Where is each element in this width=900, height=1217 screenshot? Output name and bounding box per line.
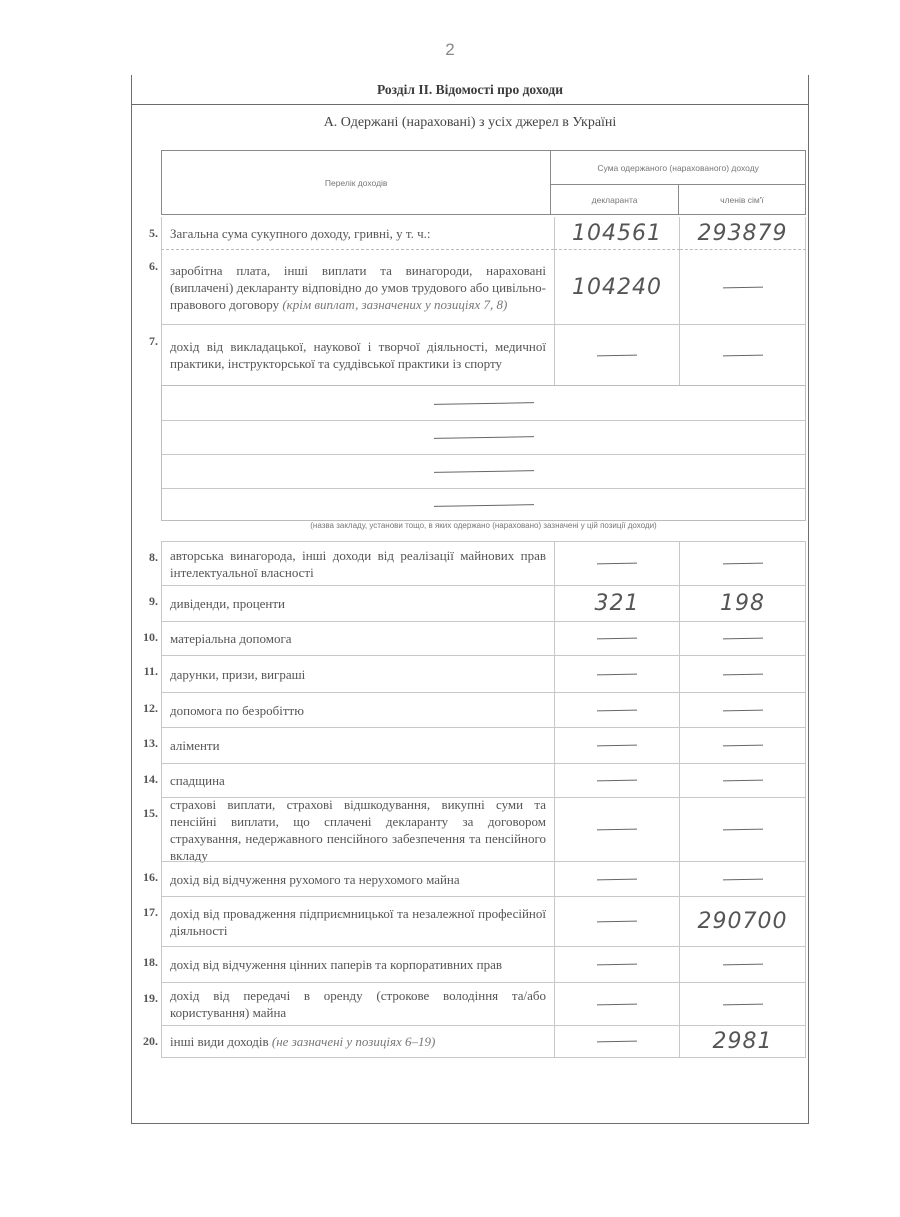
income-label: дохід від провадження підприємницької та… [170, 906, 546, 938]
table-row: 20.інші види доходів (не зазначені у поз… [133, 1025, 809, 1058]
empty-dash-mark [597, 673, 637, 675]
family-amount: 198 [680, 585, 806, 621]
page-number: 2 [0, 40, 900, 60]
handwritten-amount: 104240 [572, 275, 662, 300]
declarant-amount [554, 797, 680, 861]
income-description: дохід від відчуження цінних паперів та к… [161, 946, 554, 982]
row-number: 17. [133, 896, 161, 946]
empty-dash-mark [433, 504, 533, 507]
declarant-amount [554, 946, 680, 982]
institutions-caption: (назва закладу, установи тощо, в яких од… [161, 521, 806, 530]
empty-dash-mark [597, 1003, 637, 1005]
family-header: членів сім'ї [678, 185, 805, 215]
table-row: 18.дохід від відчуження цінних паперів т… [133, 946, 809, 982]
empty-dash-mark [722, 673, 762, 675]
row-number: 11. [133, 655, 161, 692]
row-number: 15. [133, 797, 161, 861]
income-note: (крім виплат, зазначених у позиціях 7, 8… [282, 297, 507, 312]
income-description: дарунки, призи, виграші [161, 655, 554, 692]
declarant-amount [554, 861, 680, 896]
declarant-header: декларанта [551, 185, 679, 215]
family-amount [680, 250, 806, 325]
family-amount [680, 797, 806, 861]
family-amount [680, 325, 806, 386]
declarant-amount [554, 325, 680, 386]
empty-dash-mark [597, 829, 637, 831]
empty-dash-mark [722, 563, 762, 565]
row-number: 8. [133, 541, 161, 585]
empty-dash-mark [597, 745, 637, 747]
empty-dash-mark [597, 878, 637, 880]
row-number: 5. [133, 217, 161, 250]
income-label: дарунки, призи, виграші [170, 667, 305, 682]
declarant-amount [554, 1025, 680, 1058]
empty-dash-mark [597, 780, 637, 782]
table-row: 9.дивіденди, проценти321198 [133, 585, 809, 621]
family-amount [680, 655, 806, 692]
family-amount [680, 692, 806, 727]
row-number: 20. [133, 1025, 161, 1058]
empty-dash-mark [722, 964, 762, 966]
income-label: інші види доходів [170, 1034, 272, 1049]
family-amount [680, 861, 806, 896]
declarant-amount [554, 655, 680, 692]
table-row: 6.заробітна плата, інші виплати та винаг… [133, 250, 809, 325]
row-number: 12. [133, 692, 161, 727]
income-rows-top: 5.Загальна сума сукупного доходу, гривні… [133, 217, 809, 386]
handwritten-amount: 2981 [713, 1029, 773, 1054]
income-label: Загальна сума сукупного доходу, гривні, … [170, 226, 430, 241]
empty-dash-mark [722, 354, 762, 356]
empty-dash-mark [722, 780, 762, 782]
income-description: дохід від передачі в оренду (строкове во… [161, 982, 554, 1025]
income-label: допомога по безробіттю [170, 703, 304, 718]
empty-dash-mark [722, 878, 762, 880]
handwritten-amount: 104561 [572, 221, 662, 246]
declarant-amount [554, 692, 680, 727]
table-row: 12.допомога по безробіттю [133, 692, 809, 727]
income-description: інші види доходів (не зазначені у позиці… [161, 1025, 554, 1058]
income-description: матеріальна допомога [161, 621, 554, 655]
empty-dash-mark [597, 638, 637, 640]
declarant-amount [554, 982, 680, 1025]
income-label: дивіденди, проценти [170, 596, 285, 611]
income-description: аліменти [161, 727, 554, 763]
income-description: заробітна плата, інші виплати та винагор… [161, 250, 554, 325]
family-amount [680, 946, 806, 982]
income-description: Загальна сума сукупного доходу, гривні, … [161, 217, 554, 250]
income-list-header: Перелік доходів [162, 151, 551, 215]
empty-dash-mark [433, 470, 533, 473]
handwritten-amount: 290700 [698, 909, 788, 934]
empty-dash-mark [722, 638, 762, 640]
empty-dash-mark [597, 709, 637, 711]
empty-dash-mark [722, 1003, 762, 1005]
income-description: дохід від відчуження рухомого та нерухом… [161, 861, 554, 896]
income-description: дохід від викладацької, наукової і творч… [161, 325, 554, 386]
income-table-header: Перелік доходів Сума одержаного (нарахов… [161, 150, 806, 215]
handwritten-amount: 293879 [698, 221, 788, 246]
family-amount [680, 982, 806, 1025]
row-number: 13. [133, 727, 161, 763]
income-label: дохід від відчуження рухомого та нерухом… [170, 872, 460, 887]
table-row: 7.дохід від викладацької, наукової і тво… [133, 325, 809, 386]
row-number: 16. [133, 861, 161, 896]
institution-line [162, 488, 805, 522]
declarant-amount: 104561 [554, 217, 680, 250]
table-row: 17.дохід від провадження підприємницької… [133, 896, 809, 946]
declarant-amount [554, 541, 680, 585]
institution-line [162, 386, 805, 421]
income-label: дохід від відчуження цінних паперів та к… [170, 957, 502, 972]
income-description: дивіденди, проценти [161, 585, 554, 621]
income-description: страхові виплати, страхові відшкодування… [161, 797, 554, 861]
empty-dash-mark [597, 964, 637, 966]
income-sum-header: Сума одержаного (нарахованого) доходу [551, 151, 806, 185]
table-row: 8.авторська винагорода, інші доходи від … [133, 541, 809, 585]
row-number: 14. [133, 763, 161, 797]
row-number: 19. [133, 982, 161, 1025]
table-row: 10.матеріальна допомога [133, 621, 809, 655]
declarant-amount [554, 896, 680, 946]
income-description: допомога по безробіттю [161, 692, 554, 727]
table-row: 14.спадщина [133, 763, 809, 797]
income-rows-bottom: 8.авторська винагорода, інші доходи від … [133, 541, 809, 1058]
row-number: 18. [133, 946, 161, 982]
section-title: Розділ ІІ. Відомості про доходи [131, 75, 809, 105]
declarant-amount [554, 763, 680, 797]
family-amount: 290700 [680, 896, 806, 946]
declarant-amount [554, 727, 680, 763]
row-number: 9. [133, 585, 161, 621]
empty-dash-mark [722, 745, 762, 747]
income-label: страхові виплати, страхові відшкодування… [170, 797, 546, 863]
income-description: спадщина [161, 763, 554, 797]
family-amount [680, 763, 806, 797]
family-amount: 293879 [680, 217, 806, 250]
subsection-title: А. Одержані (нараховані) з усіх джерел в… [131, 115, 809, 131]
row-number: 10. [133, 621, 161, 655]
family-amount [680, 541, 806, 585]
declarant-amount: 321 [554, 585, 680, 621]
family-amount: 2981 [680, 1025, 806, 1058]
income-label: спадщина [170, 773, 225, 788]
empty-dash-mark [597, 354, 637, 356]
row-number: 6. [133, 250, 161, 325]
table-row: 11.дарунки, призи, виграші [133, 655, 809, 692]
table-row: 15.страхові виплати, страхові відшкодува… [133, 797, 809, 861]
empty-dash-mark [597, 1041, 637, 1043]
table-row: 16.дохід від відчуження рухомого та неру… [133, 861, 809, 896]
empty-dash-mark [722, 286, 762, 288]
empty-dash-mark [597, 563, 637, 565]
income-note: (не зазначені у позиціях 6–19) [272, 1034, 435, 1049]
income-label: дохід від передачі в оренду (строкове во… [170, 988, 546, 1020]
income-label: дохід від викладацької, наукової і творч… [170, 339, 546, 371]
empty-dash-mark [597, 921, 637, 923]
family-amount [680, 621, 806, 655]
institution-line [162, 454, 805, 489]
empty-dash-mark [433, 436, 533, 439]
institutions-box [161, 385, 806, 521]
family-amount [680, 727, 806, 763]
row-number: 7. [133, 325, 161, 386]
income-description: авторська винагорода, інші доходи від ре… [161, 541, 554, 585]
table-row: 19.дохід від передачі в оренду (строкове… [133, 982, 809, 1025]
income-label: аліменти [170, 738, 220, 753]
declarant-amount [554, 621, 680, 655]
institution-line [162, 420, 805, 455]
empty-dash-mark [433, 402, 533, 405]
table-row: 13.аліменти [133, 727, 809, 763]
income-label: матеріальна допомога [170, 631, 292, 646]
income-description: дохід від провадження підприємницької та… [161, 896, 554, 946]
empty-dash-mark [722, 829, 762, 831]
declarant-amount: 104240 [554, 250, 680, 325]
table-row: 5.Загальна сума сукупного доходу, гривні… [133, 217, 809, 250]
handwritten-amount: 198 [720, 591, 765, 616]
handwritten-amount: 321 [595, 591, 640, 616]
empty-dash-mark [722, 709, 762, 711]
income-label: авторська винагорода, інші доходи від ре… [170, 548, 546, 580]
